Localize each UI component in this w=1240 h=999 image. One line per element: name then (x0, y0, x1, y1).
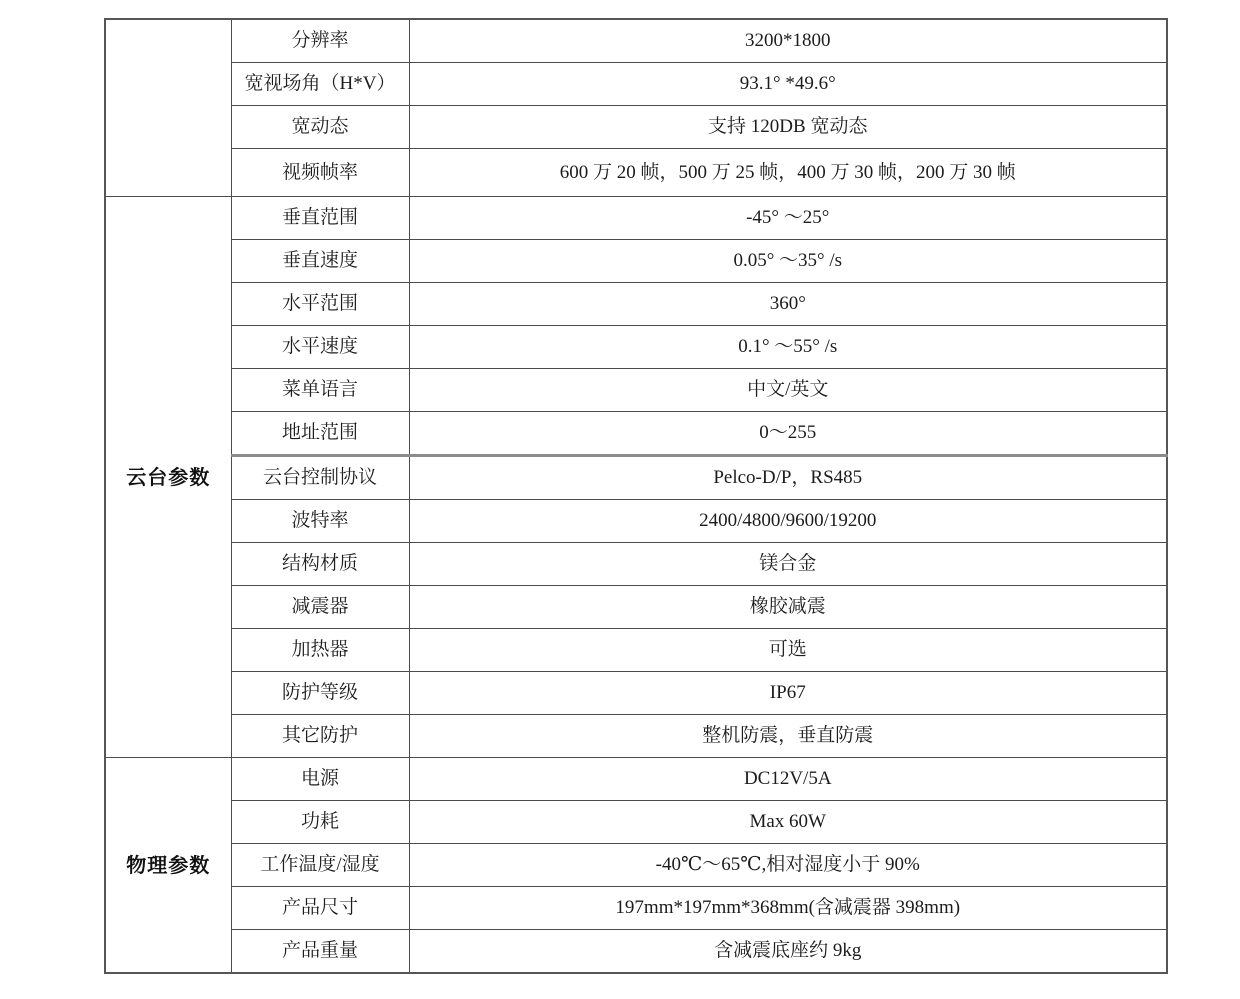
table-row: 波特率 2400/4800/9600/19200 (105, 500, 1167, 543)
table-row: 水平范围 360° (105, 283, 1167, 326)
table-row: 防护等级 IP67 (105, 672, 1167, 715)
category-cell-physical: 物理参数 (105, 758, 231, 974)
table-row: 物理参数 电源 DC12V/5A (105, 758, 1167, 801)
table-row: 其它防护 整机防震，垂直防震 (105, 715, 1167, 758)
param-value: Pelco-D/P，RS485 (409, 456, 1167, 500)
param-value: Max 60W (409, 801, 1167, 844)
param-value: 中文/英文 (409, 369, 1167, 412)
param-label: 加热器 (231, 629, 409, 672)
param-label: 地址范围 (231, 412, 409, 456)
category-cell-blank (105, 19, 231, 197)
param-label: 宽视场角（H*V） (231, 63, 409, 106)
param-label: 防护等级 (231, 672, 409, 715)
table-row: 垂直速度 0.05° ～35° /s (105, 240, 1167, 283)
table-row: 菜单语言 中文/英文 (105, 369, 1167, 412)
param-value: 93.1° *49.6° (409, 63, 1167, 106)
param-value: 0.05° ～35° /s (409, 240, 1167, 283)
table-row: 云台参数 垂直范围 -45° ～25° (105, 197, 1167, 240)
param-value: 橡胶减震 (409, 586, 1167, 629)
param-value: 2400/4800/9600/19200 (409, 500, 1167, 543)
param-label: 垂直速度 (231, 240, 409, 283)
param-label: 其它防护 (231, 715, 409, 758)
param-label: 垂直范围 (231, 197, 409, 240)
param-value: 0～255 (409, 412, 1167, 456)
param-value: -45° ～25° (409, 197, 1167, 240)
table-row: 加热器 可选 (105, 629, 1167, 672)
param-value: -40℃～65℃,相对湿度小于 90% (409, 844, 1167, 887)
table-row: 产品重量 含减震底座约 9kg (105, 930, 1167, 974)
table-row: 分辨率 3200*1800 (105, 19, 1167, 63)
table-row: 功耗 Max 60W (105, 801, 1167, 844)
table-row: 减震器 橡胶减震 (105, 586, 1167, 629)
param-value: 支持 120DB 宽动态 (409, 106, 1167, 149)
param-value: DC12V/5A (409, 758, 1167, 801)
param-value: 3200*1800 (409, 19, 1167, 63)
param-label: 水平速度 (231, 326, 409, 369)
param-value: IP67 (409, 672, 1167, 715)
table-row: 视频帧率 600 万 20 帧，500 万 25 帧，400 万 30 帧，20… (105, 149, 1167, 197)
param-label: 水平范围 (231, 283, 409, 326)
param-label: 分辨率 (231, 19, 409, 63)
param-value: 镁合金 (409, 543, 1167, 586)
category-cell-ptz: 云台参数 (105, 197, 231, 758)
param-label: 云台控制协议 (231, 456, 409, 500)
table-row: 产品尺寸 197mm*197mm*368mm(含减震器 398mm) (105, 887, 1167, 930)
table-row: 水平速度 0.1° ～55° /s (105, 326, 1167, 369)
table-row: 地址范围 0～255 (105, 412, 1167, 456)
param-label: 结构材质 (231, 543, 409, 586)
table-row: 宽视场角（H*V） 93.1° *49.6° (105, 63, 1167, 106)
table-row: 工作温度/湿度 -40℃～65℃,相对湿度小于 90% (105, 844, 1167, 887)
param-label: 波特率 (231, 500, 409, 543)
param-value: 整机防震，垂直防震 (409, 715, 1167, 758)
spec-table: 分辨率 3200*1800 宽视场角（H*V） 93.1° *49.6° 宽动态… (104, 18, 1168, 974)
table-row: 云台控制协议 Pelco-D/P，RS485 (105, 456, 1167, 500)
param-value: 360° (409, 283, 1167, 326)
table-row: 结构材质 镁合金 (105, 543, 1167, 586)
param-value: 600 万 20 帧，500 万 25 帧，400 万 30 帧，200 万 3… (409, 149, 1167, 197)
param-label: 视频帧率 (231, 149, 409, 197)
param-value: 197mm*197mm*368mm(含减震器 398mm) (409, 887, 1167, 930)
table-row: 宽动态 支持 120DB 宽动态 (105, 106, 1167, 149)
param-label: 宽动态 (231, 106, 409, 149)
param-label: 产品重量 (231, 930, 409, 974)
param-label: 产品尺寸 (231, 887, 409, 930)
param-label: 工作温度/湿度 (231, 844, 409, 887)
param-value: 0.1° ～55° /s (409, 326, 1167, 369)
param-value: 可选 (409, 629, 1167, 672)
param-label: 功耗 (231, 801, 409, 844)
param-label: 电源 (231, 758, 409, 801)
param-value: 含减震底座约 9kg (409, 930, 1167, 974)
param-label: 菜单语言 (231, 369, 409, 412)
param-label: 减震器 (231, 586, 409, 629)
